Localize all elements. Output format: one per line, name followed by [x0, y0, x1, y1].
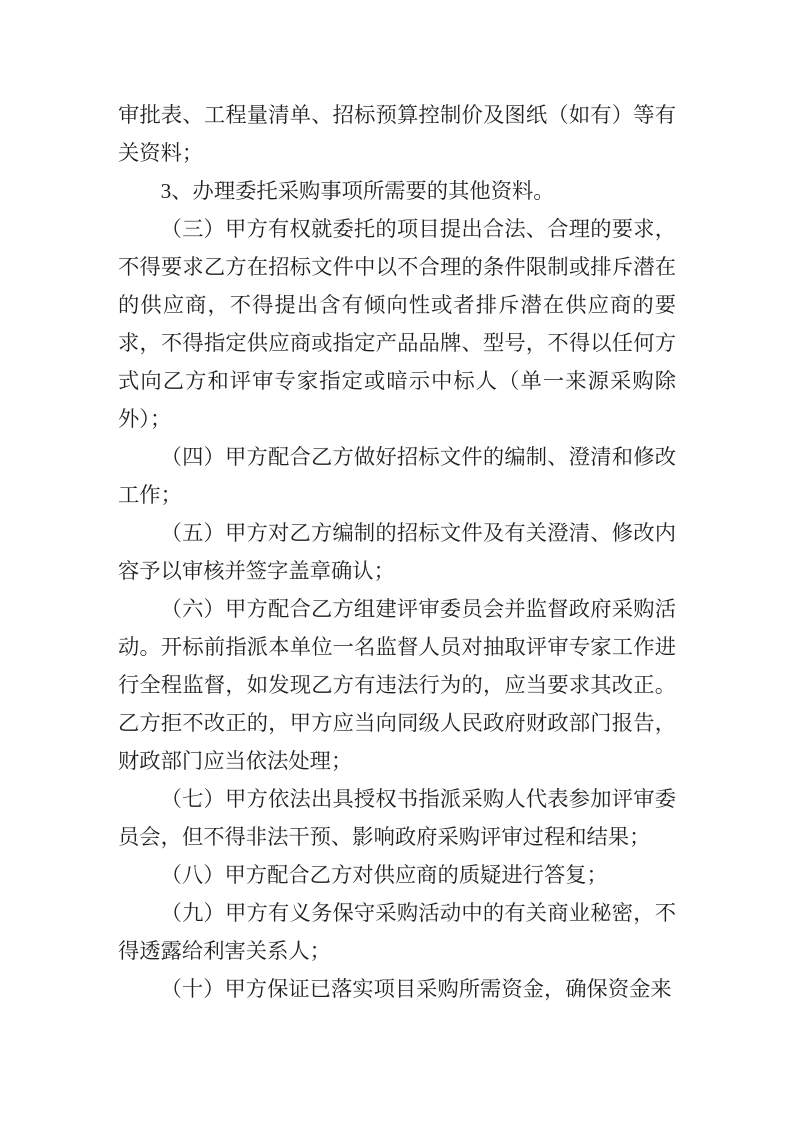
- paragraph-clause-10: （十）甲方保证已落实项目采购所需资金，确保资金来: [118, 970, 676, 1008]
- paragraph-clause-9: （九）甲方有义务保守采购活动中的有关商业秘密，不得透露给利害关系人；: [118, 894, 676, 970]
- paragraph-clause-3: （三）甲方有权就委托的项目提出合法、合理的要求，不得要求乙方在招标文件中以不合理…: [118, 210, 676, 438]
- paragraph-continuation: 审批表、工程量清单、招标预算控制价及图纸（如有）等有关资料；: [118, 96, 676, 172]
- paragraph-clause-4: （四）甲方配合乙方做好招标文件的编制、澄清和修改工作；: [118, 438, 676, 514]
- paragraph-clause-6: （六）甲方配合乙方组建评审委员会并监督政府采购活动。开标前指派本单位一名监督人员…: [118, 590, 676, 780]
- paragraph-clause-8: （八）甲方配合乙方对供应商的质疑进行答复；: [118, 856, 676, 894]
- paragraph-clause-5: （五）甲方对乙方编制的招标文件及有关澄清、修改内容予以审核并签字盖章确认；: [118, 514, 676, 590]
- paragraph-list-item-3: 3、办理委托采购事项所需要的其他资料。: [118, 172, 676, 210]
- document-page: 审批表、工程量清单、招标预算控制价及图纸（如有）等有关资料； 3、办理委托采购事…: [0, 0, 793, 1122]
- contract-text-block: 审批表、工程量清单、招标预算控制价及图纸（如有）等有关资料； 3、办理委托采购事…: [118, 96, 676, 1008]
- paragraph-clause-7: （七）甲方依法出具授权书指派采购人代表参加评审委员会，但不得非法干预、影响政府采…: [118, 780, 676, 856]
